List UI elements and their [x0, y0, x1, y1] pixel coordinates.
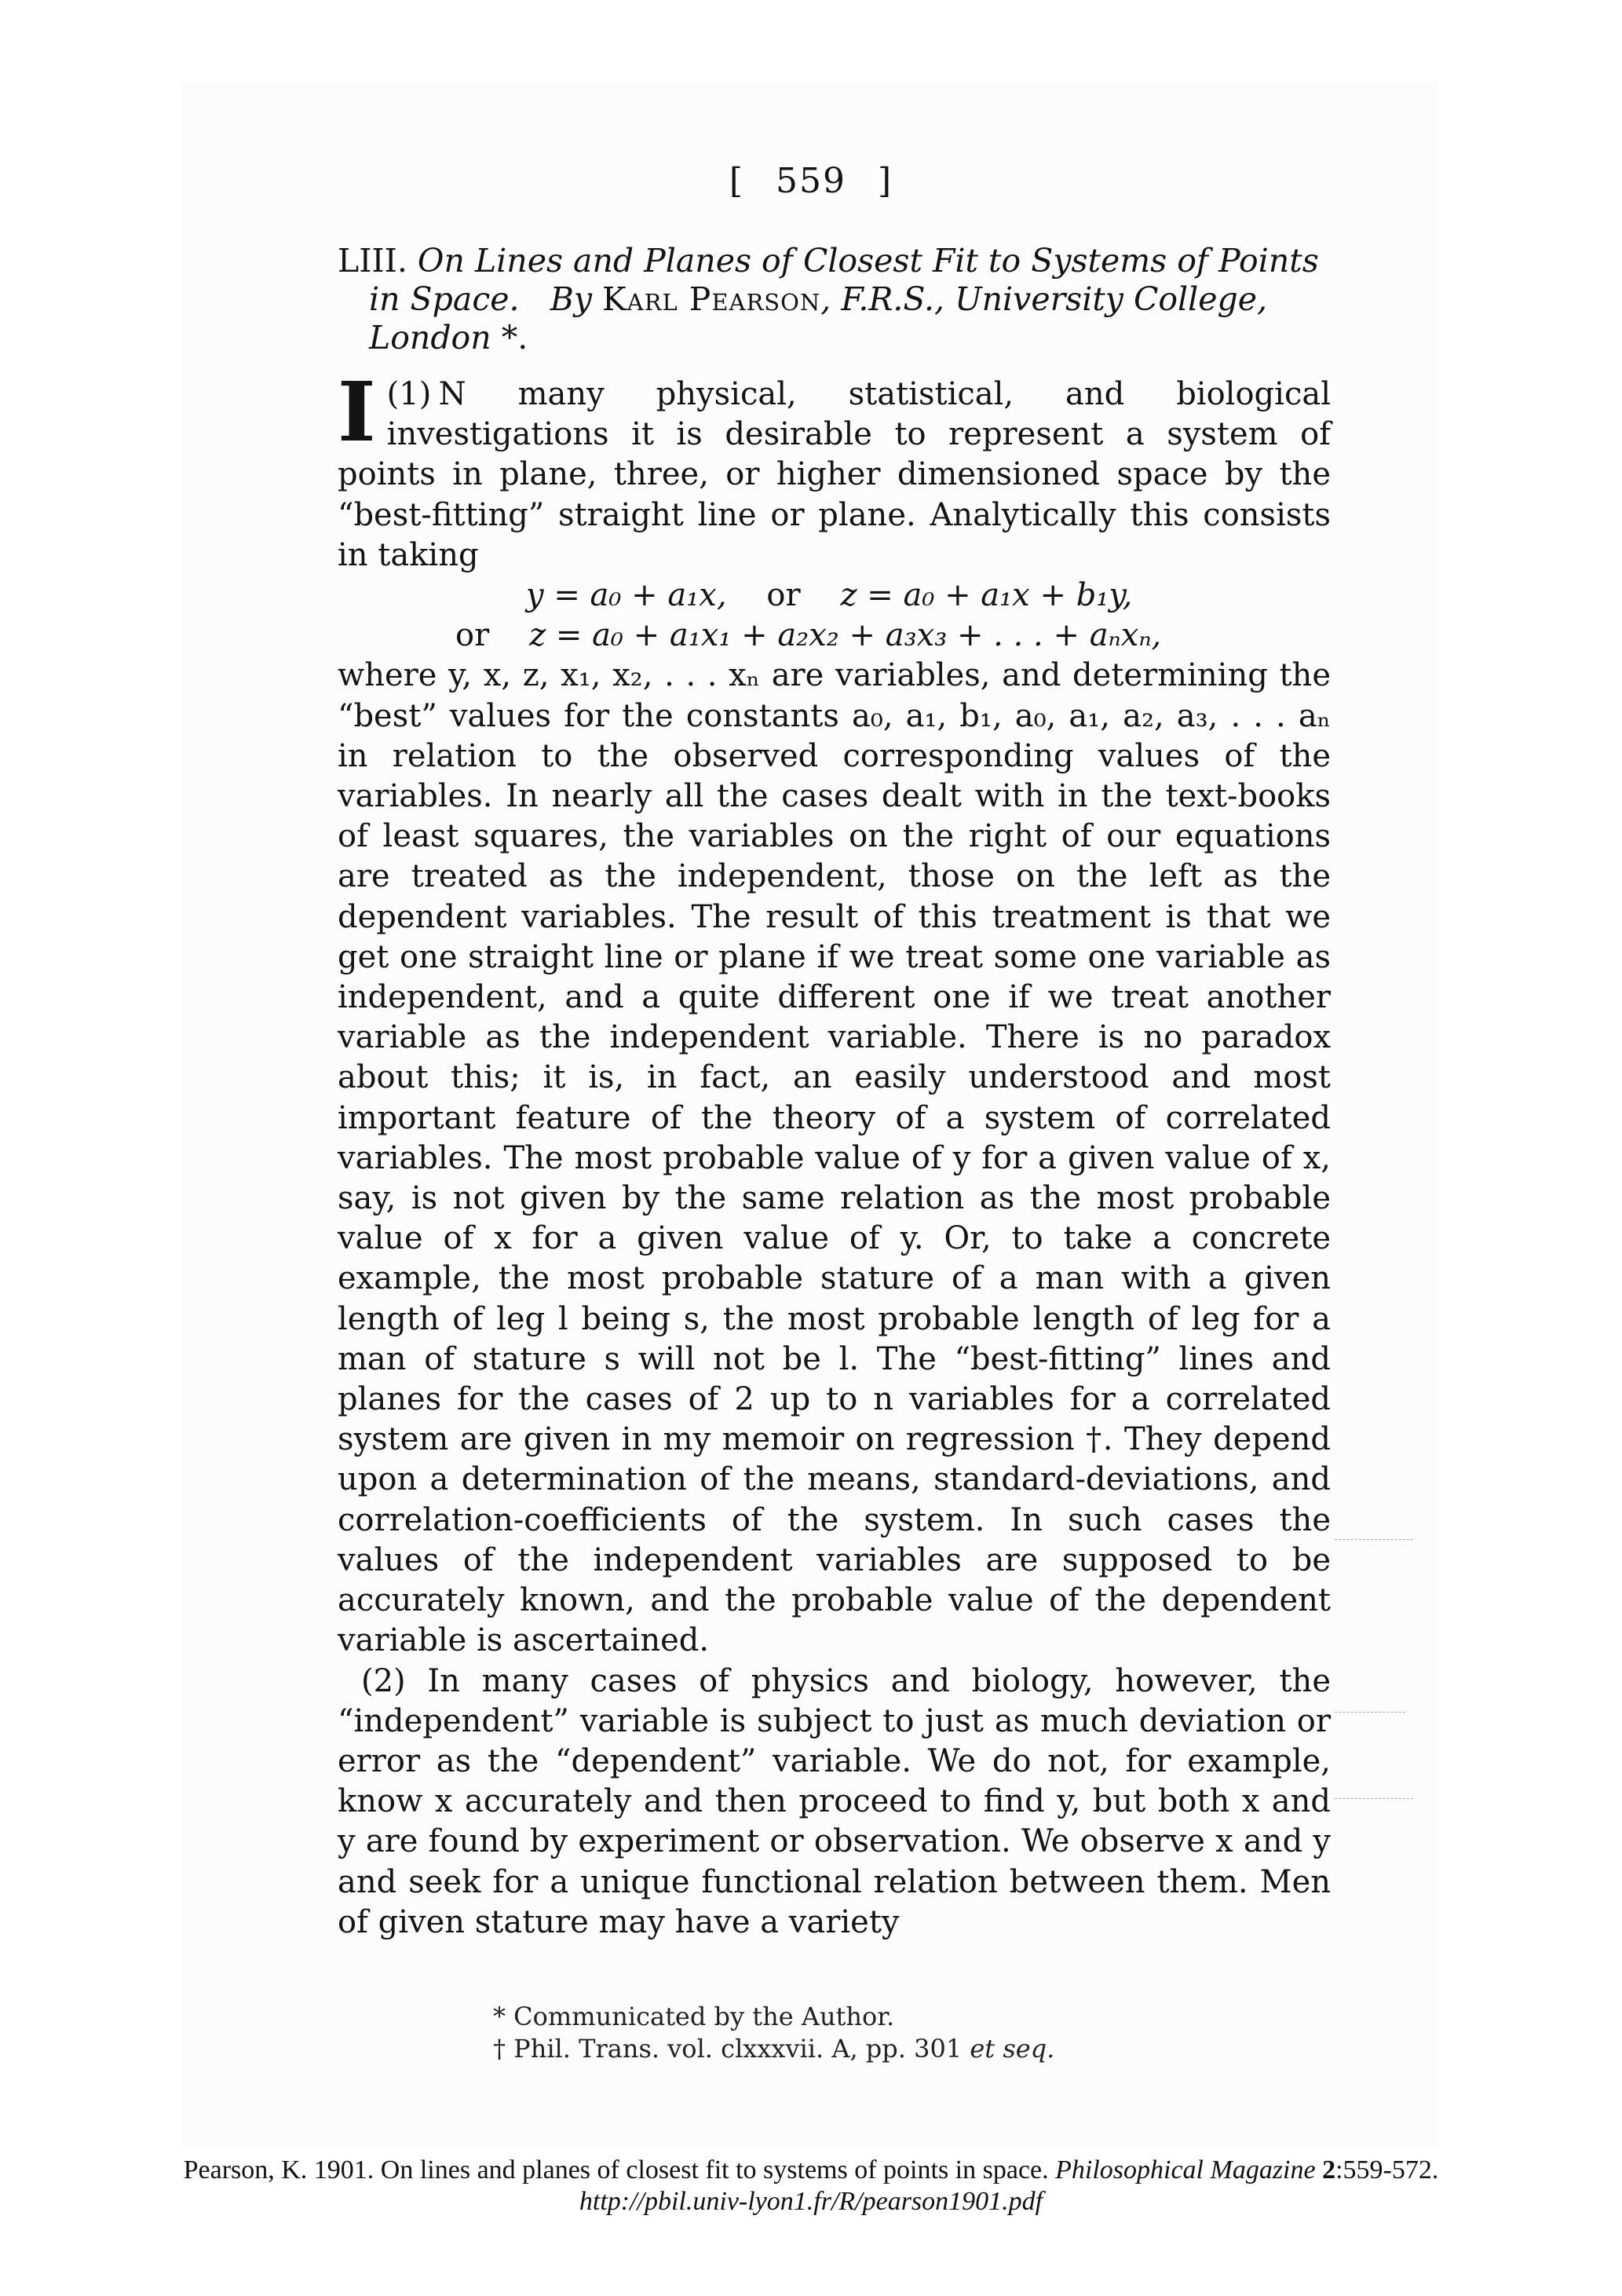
page-number-bracket-right: ] — [878, 161, 893, 201]
scan-artifact-line — [1335, 1539, 1413, 1540]
footnote-2-italic: et seq. — [970, 2034, 1054, 2064]
page-number-bracket-left: [ — [729, 161, 744, 201]
citation-text: Pearson, K. 1901. On lines and planes of… — [184, 2155, 1056, 2184]
citation: Pearson, K. 1901. On lines and planes of… — [0, 2155, 1622, 2217]
equation-3: z = a₀ + a₁x₁ + a₂x₂ + a₃x₃ + . . . + aₙ… — [529, 617, 1161, 653]
author-name: Karl Pearson — [602, 280, 820, 318]
drop-cap: I — [338, 379, 376, 445]
scan-artifact-line — [1335, 1712, 1405, 1713]
section-1-body: where y, x, z, x₁, x₂, . . . xₙ are vari… — [338, 656, 1331, 1661]
citation-volume: 2 — [1322, 2155, 1335, 2184]
section-1-number: (1) — [387, 375, 439, 415]
footnote-marker: *. — [491, 319, 528, 356]
citation-line: Pearson, K. 1901. On lines and planes of… — [0, 2155, 1622, 2186]
equation-or-lead: or — [455, 617, 489, 653]
footnote-1: * Communicated by the Author. — [493, 2001, 1054, 2033]
footnotes: * Communicated by the Author. † Phil. Tr… — [493, 2001, 1054, 2065]
title-part1: On Lines and Planes of Closest Fit to Sy… — [418, 242, 1319, 280]
footnote-2-marker: † — [493, 2034, 506, 2064]
page-number: [559] — [0, 161, 1622, 201]
footnote-2: † Phil. Trans. vol. clxxxvii. A, pp. 301… — [493, 2033, 1054, 2065]
title-part2: in Space. — [369, 280, 520, 318]
equation-1: y = a₀ + a₁x, — [526, 577, 727, 613]
equation-line-1: y = a₀ + a₁x, or z = a₀ + a₁x + b₁y, — [338, 576, 1331, 616]
author-affiliation: , F.R.S., University College, — [820, 280, 1267, 318]
citation-journal: Philosophical Magazine — [1055, 2155, 1315, 2184]
section-1-opening: (1)IN many physical, statistical, and bi… — [338, 375, 1331, 1943]
page-number-value: 559 — [776, 161, 846, 201]
article-numeral: LIII. — [338, 242, 407, 280]
footnote-1-text: Communicated by the Author. — [513, 2002, 894, 2031]
citation-url-line: http://pbil.univ-lyon1.fr/R/pearson1901.… — [0, 2186, 1622, 2217]
section-1-opening-text: N many physical, statistical, and biolog… — [338, 376, 1331, 573]
byline-by: By — [550, 280, 592, 318]
article-title: LIII. On Lines and Planes of Closest Fit… — [338, 242, 1331, 357]
footnote-1-marker: * — [493, 2002, 506, 2031]
title-line2: in Space. By Karl Pearson, F.R.S., Unive… — [338, 280, 1331, 319]
scan-artifact-line — [1335, 1798, 1413, 1799]
footnote-2-text: Phil. Trans. vol. clxxxvii. A, pp. 301 — [513, 2034, 962, 2064]
equation-2: z = a₀ + a₁x + b₁y, — [840, 577, 1132, 613]
citation-pages: :559-572. — [1335, 2155, 1438, 2184]
equation-or: or — [766, 577, 800, 613]
section-1-paragraph: (1)IN many physical, statistical, and bi… — [338, 375, 1331, 576]
citation-url[interactable]: http://pbil.univ-lyon1.fr/R/pearson1901.… — [579, 2187, 1043, 2216]
section-2-paragraph: (2) In many cases of physics and biology… — [338, 1662, 1331, 1943]
title-line3: London *. — [338, 319, 1331, 357]
author-location: London — [369, 319, 491, 356]
equation-line-2: or z = a₀ + a₁x₁ + a₂x₂ + a₃x₃ + . . . +… — [338, 616, 1331, 656]
